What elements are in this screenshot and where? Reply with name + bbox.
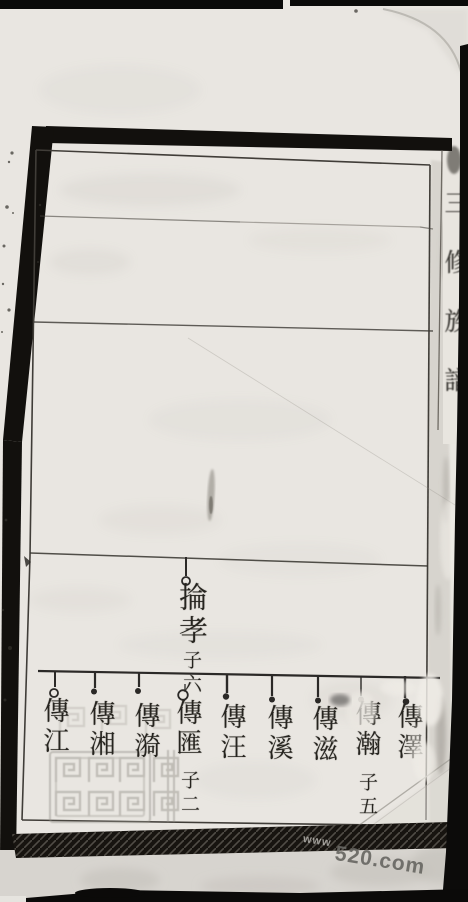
parent-sons-note: 子六 [176, 650, 200, 698]
marker-filled [315, 698, 321, 704]
parent-name: 掄孝 [171, 582, 205, 648]
child-name: 傳江 [35, 697, 67, 757]
child-name: 傳滋 [304, 705, 336, 765]
child-name: 傳汪 [212, 703, 244, 763]
child-name: 傳溪 [259, 704, 291, 764]
marker-filled [91, 689, 97, 695]
scan-top-bar-left [0, 0, 283, 9]
child-name: 傳澤 [389, 703, 421, 763]
scanned-genealogy-page: 掄孝 子六 傳江 傳湘 傳漪 傳匯 子二 傳汪 傳溪 傳滋 傳瀚 子五 傳澤 三… [0, 0, 468, 902]
child-name: 傳漪 [126, 702, 158, 762]
marker-filled [269, 697, 275, 703]
child-sons-note: 子二 [174, 770, 198, 818]
marker-filled [223, 693, 229, 699]
child-name: 傳瀚 [347, 700, 379, 760]
spine-title: 三修族譜 [441, 190, 467, 426]
child-name: 傳匯 [168, 699, 200, 759]
scan-top-bar-right [290, 0, 468, 6]
page-background-art [0, 0, 468, 902]
child-sons-note: 子五 [352, 772, 376, 820]
ink-smudge-core [209, 496, 213, 514]
child-name: 傳湘 [81, 700, 113, 760]
marker-filled [135, 688, 141, 694]
bottom-left-sliver [0, 896, 26, 902]
